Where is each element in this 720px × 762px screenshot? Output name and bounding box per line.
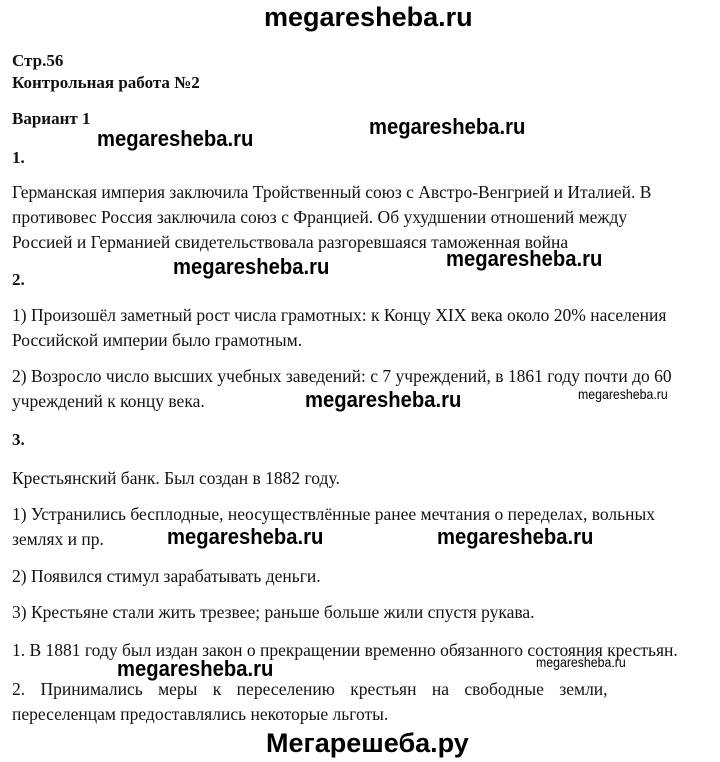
paragraph-line: 2) Появился стимул зарабатывать деньги.: [12, 564, 321, 589]
watermark: megaresheba.ru: [446, 246, 602, 272]
watermark: megaresheba.ru: [173, 254, 329, 280]
watermark: megaresheba.ru: [536, 654, 626, 670]
paragraph-line: землях и пр.: [12, 527, 104, 552]
paragraph-line: Германская империя заключила Тройственны…: [12, 180, 651, 205]
paragraph-line: противовес Россия заключила союз с Франц…: [12, 205, 627, 230]
watermark: megaresheba.ru: [369, 114, 525, 140]
section-number: 2.: [12, 270, 25, 290]
section-number: 1.: [12, 148, 25, 168]
watermark: megaresheba.ru: [167, 524, 323, 550]
variant-label: Вариант 1: [12, 109, 90, 129]
document-page: megaresheba.ru Стр.56 Контрольная работа…: [0, 0, 720, 762]
paragraph-line: 2. Принимались меры к переселению кресть…: [12, 677, 608, 702]
paragraph-line: переселенцам предоставлялись некоторые л…: [12, 702, 388, 727]
watermark: megaresheba.ru: [97, 126, 253, 152]
paragraph-line: Крестьянский банк. Был создан в 1882 год…: [12, 466, 340, 491]
watermark: megaresheba.ru: [578, 386, 668, 402]
document-title: Контрольная работа №2: [12, 73, 200, 93]
watermark: megaresheba.ru: [305, 387, 461, 413]
paragraph-line: 3) Крестьяне стали жить трезвее; раньше …: [12, 600, 535, 625]
page-label: Стр.56: [12, 51, 63, 71]
paragraph-line: 1) Произошёл заметный рост числа грамотн…: [12, 303, 666, 328]
paragraph-line: Российской империи было грамотным.: [12, 328, 302, 353]
paragraph-line: учреждений к концу века.: [12, 389, 205, 414]
section-number: 3.: [12, 430, 25, 450]
paragraph-line: 2) Возросло число высших учебных заведен…: [12, 364, 672, 389]
footer-watermark: Мегарешеба.ру: [266, 728, 469, 759]
header-watermark: megaresheba.ru: [264, 2, 473, 33]
watermark: megaresheba.ru: [437, 524, 593, 550]
